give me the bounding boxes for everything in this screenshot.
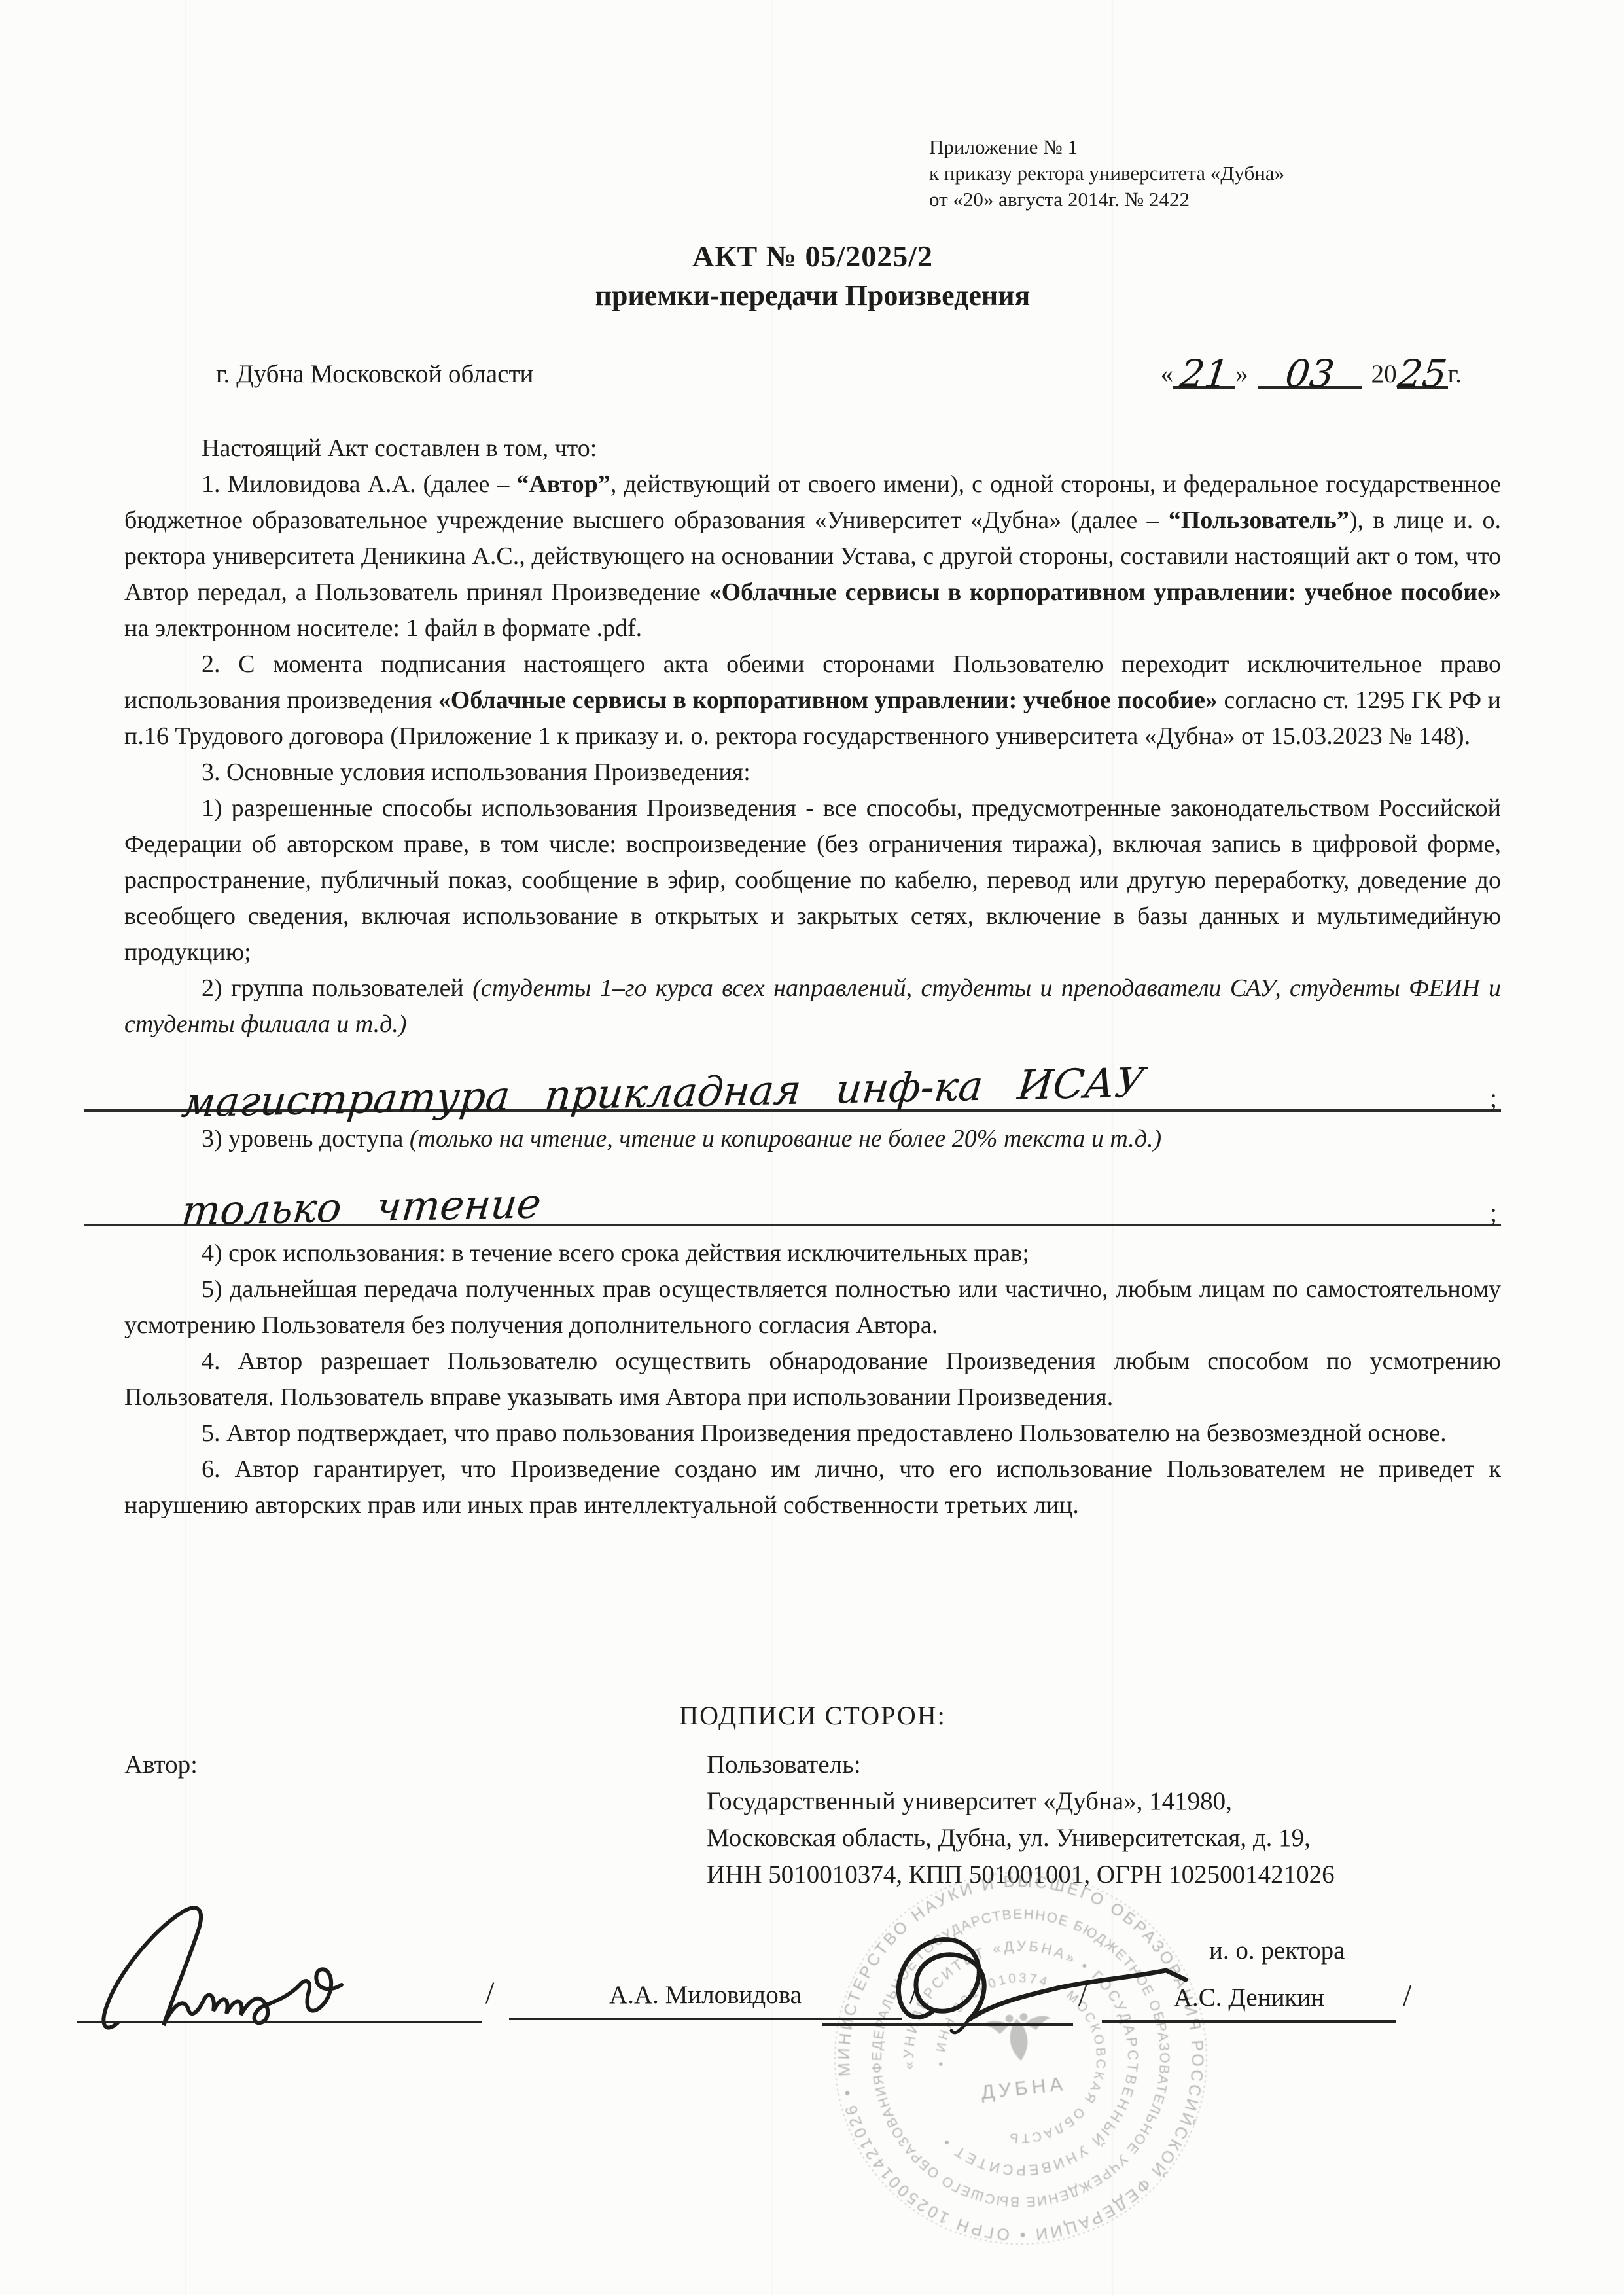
month-blank: 03: [1258, 365, 1362, 389]
date-field: «21»032025г.: [1161, 359, 1462, 389]
user-detail: Московская область, Дубна, ул. Университ…: [707, 1820, 1501, 1857]
text-run: 3. Основные условия использования Произв…: [202, 758, 750, 786]
slash: /: [485, 1975, 494, 2011]
text-run: 5) дальнейшая передача полученных прав о…: [124, 1275, 1501, 1339]
paragraph: Настоящий Акт составлен в том, что:: [124, 431, 1501, 467]
day-blank: 21: [1173, 365, 1235, 389]
text-run: 5. Автор подтверждает, что право пользов…: [202, 1419, 1447, 1447]
rector-signature: [870, 1914, 1197, 2042]
paragraph: 5) дальнейшая передача полученных прав о…: [124, 1272, 1501, 1343]
user-label: Пользователь:: [707, 1747, 1501, 1783]
author-signature-line: [77, 2021, 482, 2023]
document-subtitle: приемки-передачи Произведения: [124, 279, 1501, 312]
handwritten-entry: магистратура прикладная инф-ка ИСАУ;: [84, 1049, 1501, 1112]
svg-text:МИНИСТЕРСТВО НАУКИ И ВЫСШЕГО О: МИНИСТЕРСТВО НАУКИ И ВЫСШЕГО ОБРАЗОВАНИЯ…: [817, 1854, 1226, 2263]
paragraph: 4) срок использования: в течение всего с…: [124, 1236, 1501, 1272]
text-run: «Облачные сервисы в корпоративном управл…: [709, 578, 1501, 606]
corner-note-line: к приказу ректора университета «Дубна»: [929, 160, 1501, 187]
document-content: Приложение № 1 к приказу ректора универс…: [124, 134, 1501, 1523]
paragraph: 1. Миловидова А.А. (далее – “Автор”, дей…: [124, 467, 1501, 647]
paragraph: 2. С момента подписания настоящего акта …: [124, 647, 1501, 755]
user-detail: Государственный университет «Дубна», 141…: [707, 1783, 1501, 1820]
handwritten-text: только чтение: [181, 1187, 543, 1228]
day-value: 21: [1180, 368, 1229, 380]
stamp-ring-outer: МИНИСТЕРСТВО НАУКИ И ВЫСШЕГО ОБРАЗОВАНИЯ…: [817, 1854, 1226, 2263]
stamp-ring-core: • ИНН 5010010374 • МОСКОВСКАЯ ОБЛАСТЬ: [925, 1963, 1117, 2154]
corner-note: Приложение № 1 к приказу ректора универс…: [929, 134, 1501, 213]
document-page: Приложение № 1 к приказу ректора универс…: [0, 0, 1624, 2295]
text-run: Настоящий Акт составлен в том, что:: [202, 435, 597, 462]
text-run: 3) уровень доступа: [202, 1125, 410, 1152]
svg-text:«УНИВЕРСИТЕТ «ДУБНА» • ГОСУДАР: «УНИВЕРСИТЕТ «ДУБНА» • ГОСУДАРСТВЕННЫЙ У…: [889, 1926, 1154, 2191]
author-name: А.А. Миловидова: [509, 1980, 902, 2020]
author-label: Автор:: [124, 1747, 707, 1783]
handwritten-entry: только чтение;: [84, 1164, 1501, 1226]
signatures-heading: ПОДПИСИ СТОРОН:: [124, 1700, 1501, 1731]
paragraph: 3. Основные условия использования Произв…: [124, 755, 1501, 791]
line-suffix: ;: [1490, 1201, 1497, 1224]
quote-close: »: [1235, 359, 1248, 389]
author-signature: [98, 1901, 478, 2035]
svg-text:ФЕДЕРАЛЬНОЕ ГОСУДАРСТВЕННОЕ БЮ: ФЕДЕРАЛЬНОЕ ГОСУДАРСТВЕННОЕ БЮДЖЕТНОЕ ОБ…: [855, 1892, 1187, 2224]
signatures-section: ПОДПИСИ СТОРОН: Автор: Пользователь: Гос…: [124, 1700, 1501, 1893]
text-run: (только на чтение, чтение и копирование …: [410, 1125, 1161, 1152]
place-line: г. Дубна Московской области: [124, 359, 533, 389]
paragraph: 3) уровень доступа (только на чтение, чт…: [124, 1121, 1501, 1157]
quote-open: «: [1161, 359, 1174, 389]
document-title: АКТ № 05/2025/2: [124, 239, 1501, 274]
author-column: Автор:: [124, 1747, 707, 1893]
stamp-center-label: ДУБНА: [980, 2073, 1068, 2104]
stamp-ring-middle: ФЕДЕРАЛЬНОЕ ГОСУДАРСТВЕННОЕ БЮДЖЕТНОЕ ОБ…: [855, 1892, 1187, 2224]
signature-columns: Автор: Пользователь: Государственный уни…: [124, 1747, 1501, 1893]
text-run: 1. Миловидова А.А. (далее –: [202, 471, 516, 498]
text-run: 6. Автор гарантирует, что Произведение с…: [124, 1455, 1501, 1519]
user-detail: ИНН 5010010374, КПП 501001001, ОГРН 1025…: [707, 1857, 1501, 1893]
date-row: г. Дубна Московской области «21»032025г.: [124, 359, 1501, 389]
body-paragraphs: Настоящий Акт составлен в том, что:1. Ми…: [124, 431, 1501, 1523]
text-run: 1) разрешенные способы использования Про…: [124, 794, 1501, 966]
slash: /: [1078, 1978, 1087, 2014]
year-blank: 25: [1397, 365, 1448, 389]
paragraph: 2) группа пользователей (студенты 1–го к…: [124, 970, 1501, 1042]
paragraph: 5. Автор подтверждает, что право пользов…: [124, 1415, 1501, 1451]
year-value: 25: [1398, 368, 1447, 380]
corner-note-line: Приложение № 1: [929, 134, 1501, 160]
month-value: 03: [1285, 368, 1335, 380]
slash: /: [1403, 1978, 1411, 2014]
text-run: 4. Автор разрешает Пользователю осуществ…: [124, 1347, 1501, 1411]
svg-text:• ИНН 5010010374 • МОСКОВСКАЯ: • ИНН 5010010374 • МОСКОВСКАЯ ОБЛАСТЬ: [925, 1963, 1117, 2154]
year-prefix: 20: [1371, 359, 1397, 389]
text-run: на электронном носителе: 1 файл в формат…: [124, 614, 642, 642]
paragraph: 6. Автор гарантирует, что Произведение с…: [124, 1451, 1501, 1523]
text-run: 4) срок использования: в течение всего с…: [202, 1239, 1029, 1267]
text-run: “Пользователь”: [1169, 507, 1349, 534]
rector-title: и. о. ректора: [1209, 1936, 1345, 1965]
paragraph: 4. Автор разрешает Пользователю осуществ…: [124, 1343, 1501, 1415]
rector-signature-line: [822, 2023, 1073, 2026]
handwritten-text: магистратура прикладная инф-ка ИСАУ: [181, 1067, 1146, 1120]
line-suffix: ;: [1490, 1087, 1497, 1109]
paragraph: 1) разрешенные способы использования Про…: [124, 791, 1501, 970]
text-run: 2) группа пользователей: [202, 974, 472, 1002]
corner-note-line: от «20» августа 2014г. № 2422: [929, 187, 1501, 213]
text-run: “Автор”: [516, 471, 610, 498]
university-stamp: МИНИСТЕРСТВО НАУКИ И ВЫСШЕГО ОБРАЗОВАНИЯ…: [800, 1841, 1241, 2274]
stamp-eagle-icon: [982, 2010, 1055, 2064]
rector-name: А.С. Деникин: [1102, 1983, 1396, 2023]
stamp-ring-inner: «УНИВЕРСИТЕТ «ДУБНА» • ГОСУДАРСТВЕННЫЙ У…: [889, 1926, 1154, 2191]
text-run: «Облачные сервисы в корпоративном управл…: [438, 686, 1218, 714]
year-suffix-g: г.: [1448, 359, 1462, 389]
user-column: Пользователь: Государственный университе…: [707, 1747, 1501, 1893]
slash: /: [909, 1975, 918, 2011]
